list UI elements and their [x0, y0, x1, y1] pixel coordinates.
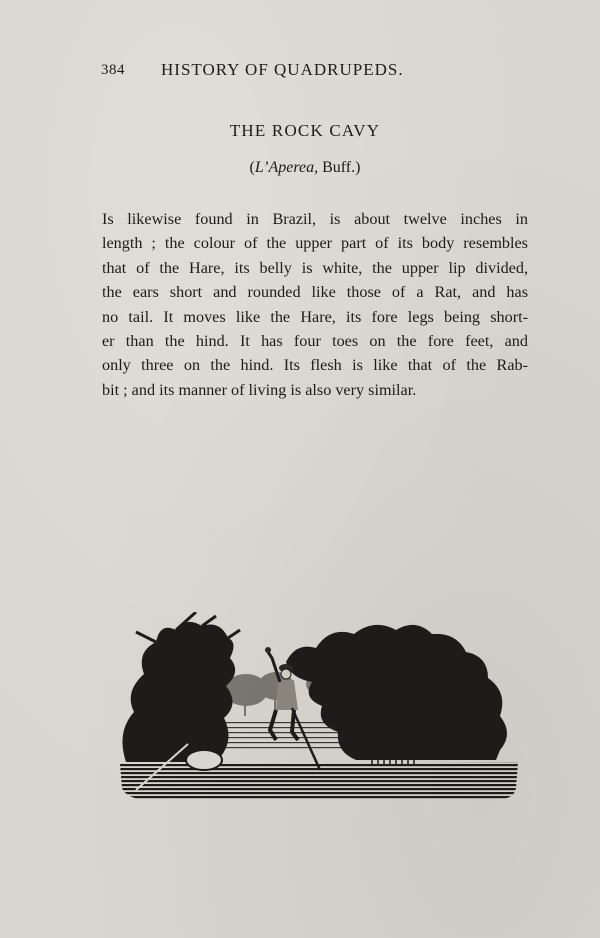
page-number: 384: [101, 62, 125, 79]
text-line: only three on the hind. Its flesh is lik…: [102, 353, 528, 377]
text-line: er than the hind. It has four toes on th…: [102, 329, 528, 353]
subtitle-species-name: L’Aperea,: [255, 159, 318, 176]
vignette-engraving-icon: [116, 612, 522, 802]
section-subtitle: (L’Aperea, Buff.): [0, 159, 600, 177]
body-paragraph: Is likewise found in Brazil, is about tw…: [102, 207, 528, 402]
text-line: no tail. It moves like the Hare, its for…: [102, 305, 528, 329]
woodcut-illustration: [116, 612, 522, 802]
text-line: the ears short and rounded like those of…: [102, 280, 528, 304]
text-line: Is likewise found in Brazil, is about tw…: [102, 207, 528, 231]
subtitle-authority: Buff.): [318, 159, 360, 176]
section-title: THE ROCK CAVY: [0, 121, 600, 141]
text-line: that of the Hare, its belly is white, th…: [102, 256, 528, 280]
running-head: 384 HISTORY OF QUADRUPEDS.: [101, 60, 521, 84]
text-line: length ; the colour of the upper part of…: [102, 231, 528, 255]
running-title: HISTORY OF QUADRUPEDS.: [161, 60, 404, 80]
text-line: bit ; and its manner of living is also v…: [102, 378, 528, 402]
book-page: 384 HISTORY OF QUADRUPEDS. THE ROCK CAVY…: [0, 0, 600, 938]
